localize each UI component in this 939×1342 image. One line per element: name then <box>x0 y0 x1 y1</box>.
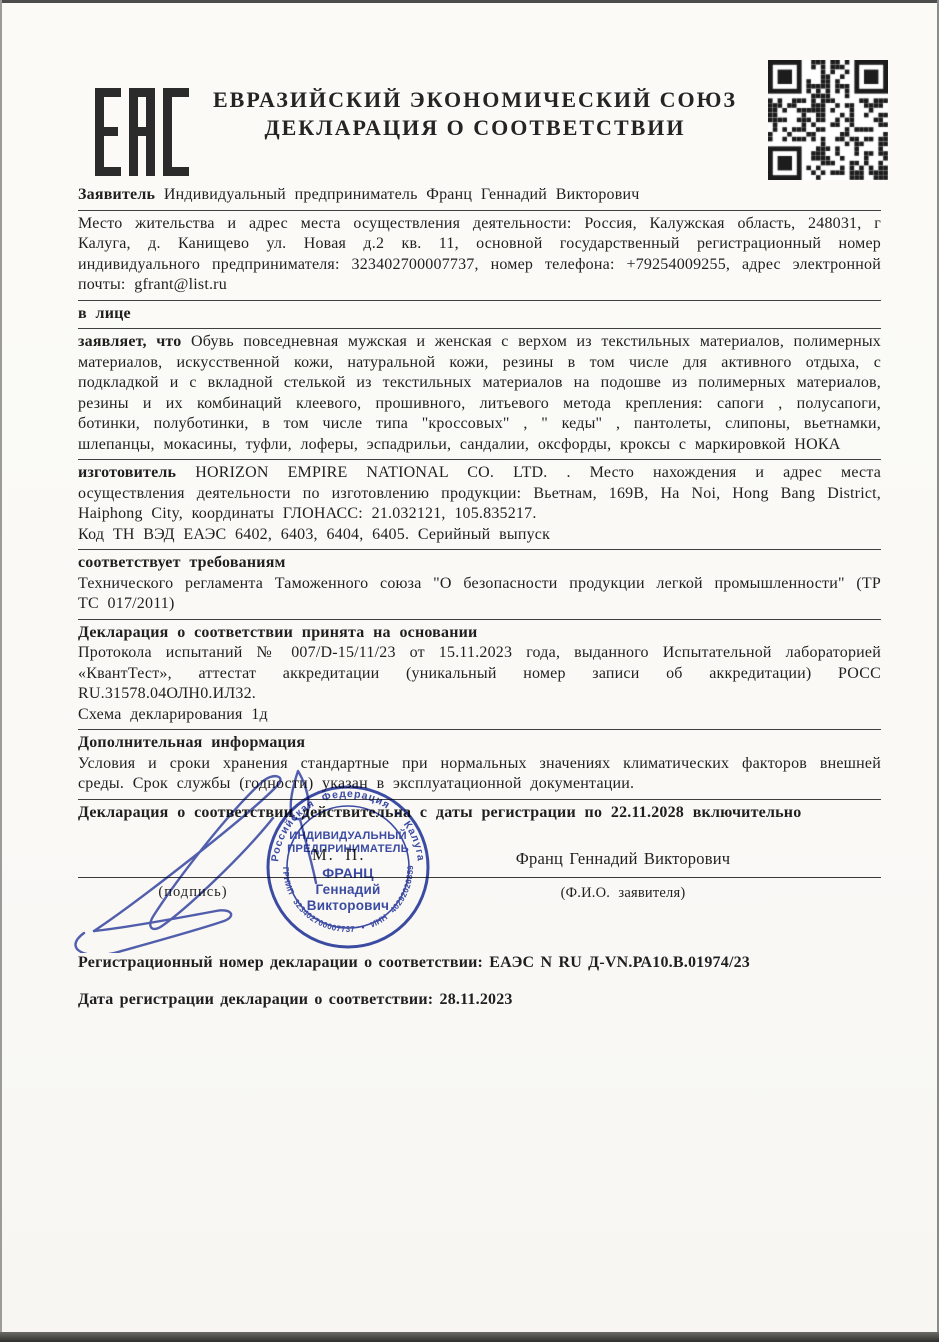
basis-label: Декларация о соответствии принята на осн… <box>78 623 881 644</box>
union-name: ЕВРАЗИЙСКИЙ ЭКОНОМИЧЕСКИЙ СОЮЗ <box>185 86 765 114</box>
scan-edge-bottom <box>0 1332 939 1342</box>
section-basis: Декларация о соответствии принята на осн… <box>78 620 881 731</box>
manufacturer-text: HORIZON EMPIRE NATIONAL CO. LTD. . Место… <box>78 464 881 522</box>
declaration-title: ДЕКЛАРАЦИЯ О СООТВЕТСТВИИ <box>185 114 765 142</box>
section-address: Место жительства и адрес места осуществл… <box>78 211 881 301</box>
section-declares: заявляет, что Обувь повседневная мужская… <box>78 329 881 460</box>
section-applicant: Заявитель Индивидуальный предприниматель… <box>78 182 881 211</box>
section-manufacturer: изготовитель HORIZON EMPIRE NATIONAL CO.… <box>78 460 881 550</box>
scan-edge-left <box>0 0 2 1342</box>
scheme-line: Схема декларирования 1д <box>78 705 881 726</box>
basis-text: Протокола испытаний № 007/D-15/11/23 от … <box>78 643 881 705</box>
applicant-fio: Франц Геннадий Викторович <box>408 849 838 870</box>
scan-edge-top <box>0 0 939 3</box>
declaration-document: ЕВРАЗИЙСКИЙ ЭКОНОМИЧЕСКИЙ СОЮЗ ДЕКЛАРАЦИ… <box>0 0 939 1342</box>
additional-info-label: Дополнительная информация <box>78 733 881 754</box>
declares-label: заявляет, что <box>78 333 181 350</box>
signature-block: (подпись) М. П. Франц Геннадий Викторови… <box>78 827 881 937</box>
applicant-value: Индивидуальный предприниматель Франц Ген… <box>164 186 640 203</box>
section-compliance: соответствует требованиям Технического р… <box>78 550 881 620</box>
declares-text: Обувь повседневная мужская и женская с в… <box>78 333 881 453</box>
section-in-person: в лице <box>78 301 881 330</box>
manufacturer-label: изготовитель <box>78 464 176 481</box>
fio-caption: (Ф.И.О. заявителя) <box>408 883 838 904</box>
in-person-label: в лице <box>78 304 881 325</box>
tnved-line: Код ТН ВЭД ЕАЭС 6402, 6403, 6404, 6405. … <box>78 525 881 546</box>
registration-number-line: Регистрационный номер декларации о соотв… <box>78 953 881 974</box>
handwritten-signature <box>66 763 396 953</box>
address-text: Место жительства и адрес места осуществл… <box>78 214 881 296</box>
qr-code <box>768 60 888 180</box>
document-body: Заявитель Индивидуальный предприниматель… <box>78 182 881 1026</box>
applicant-label: Заявитель <box>78 186 155 203</box>
eac-logo-icon <box>95 88 189 183</box>
compliance-label: соответствует требованиям <box>78 553 881 574</box>
document-title: ЕВРАЗИЙСКИЙ ЭКОНОМИЧЕСКИЙ СОЮЗ ДЕКЛАРАЦИ… <box>185 86 765 142</box>
compliance-text: Технического регламента Таможенного союз… <box>78 574 881 615</box>
registration-date-line: Дата регистрации декларации о соответств… <box>78 990 881 1011</box>
